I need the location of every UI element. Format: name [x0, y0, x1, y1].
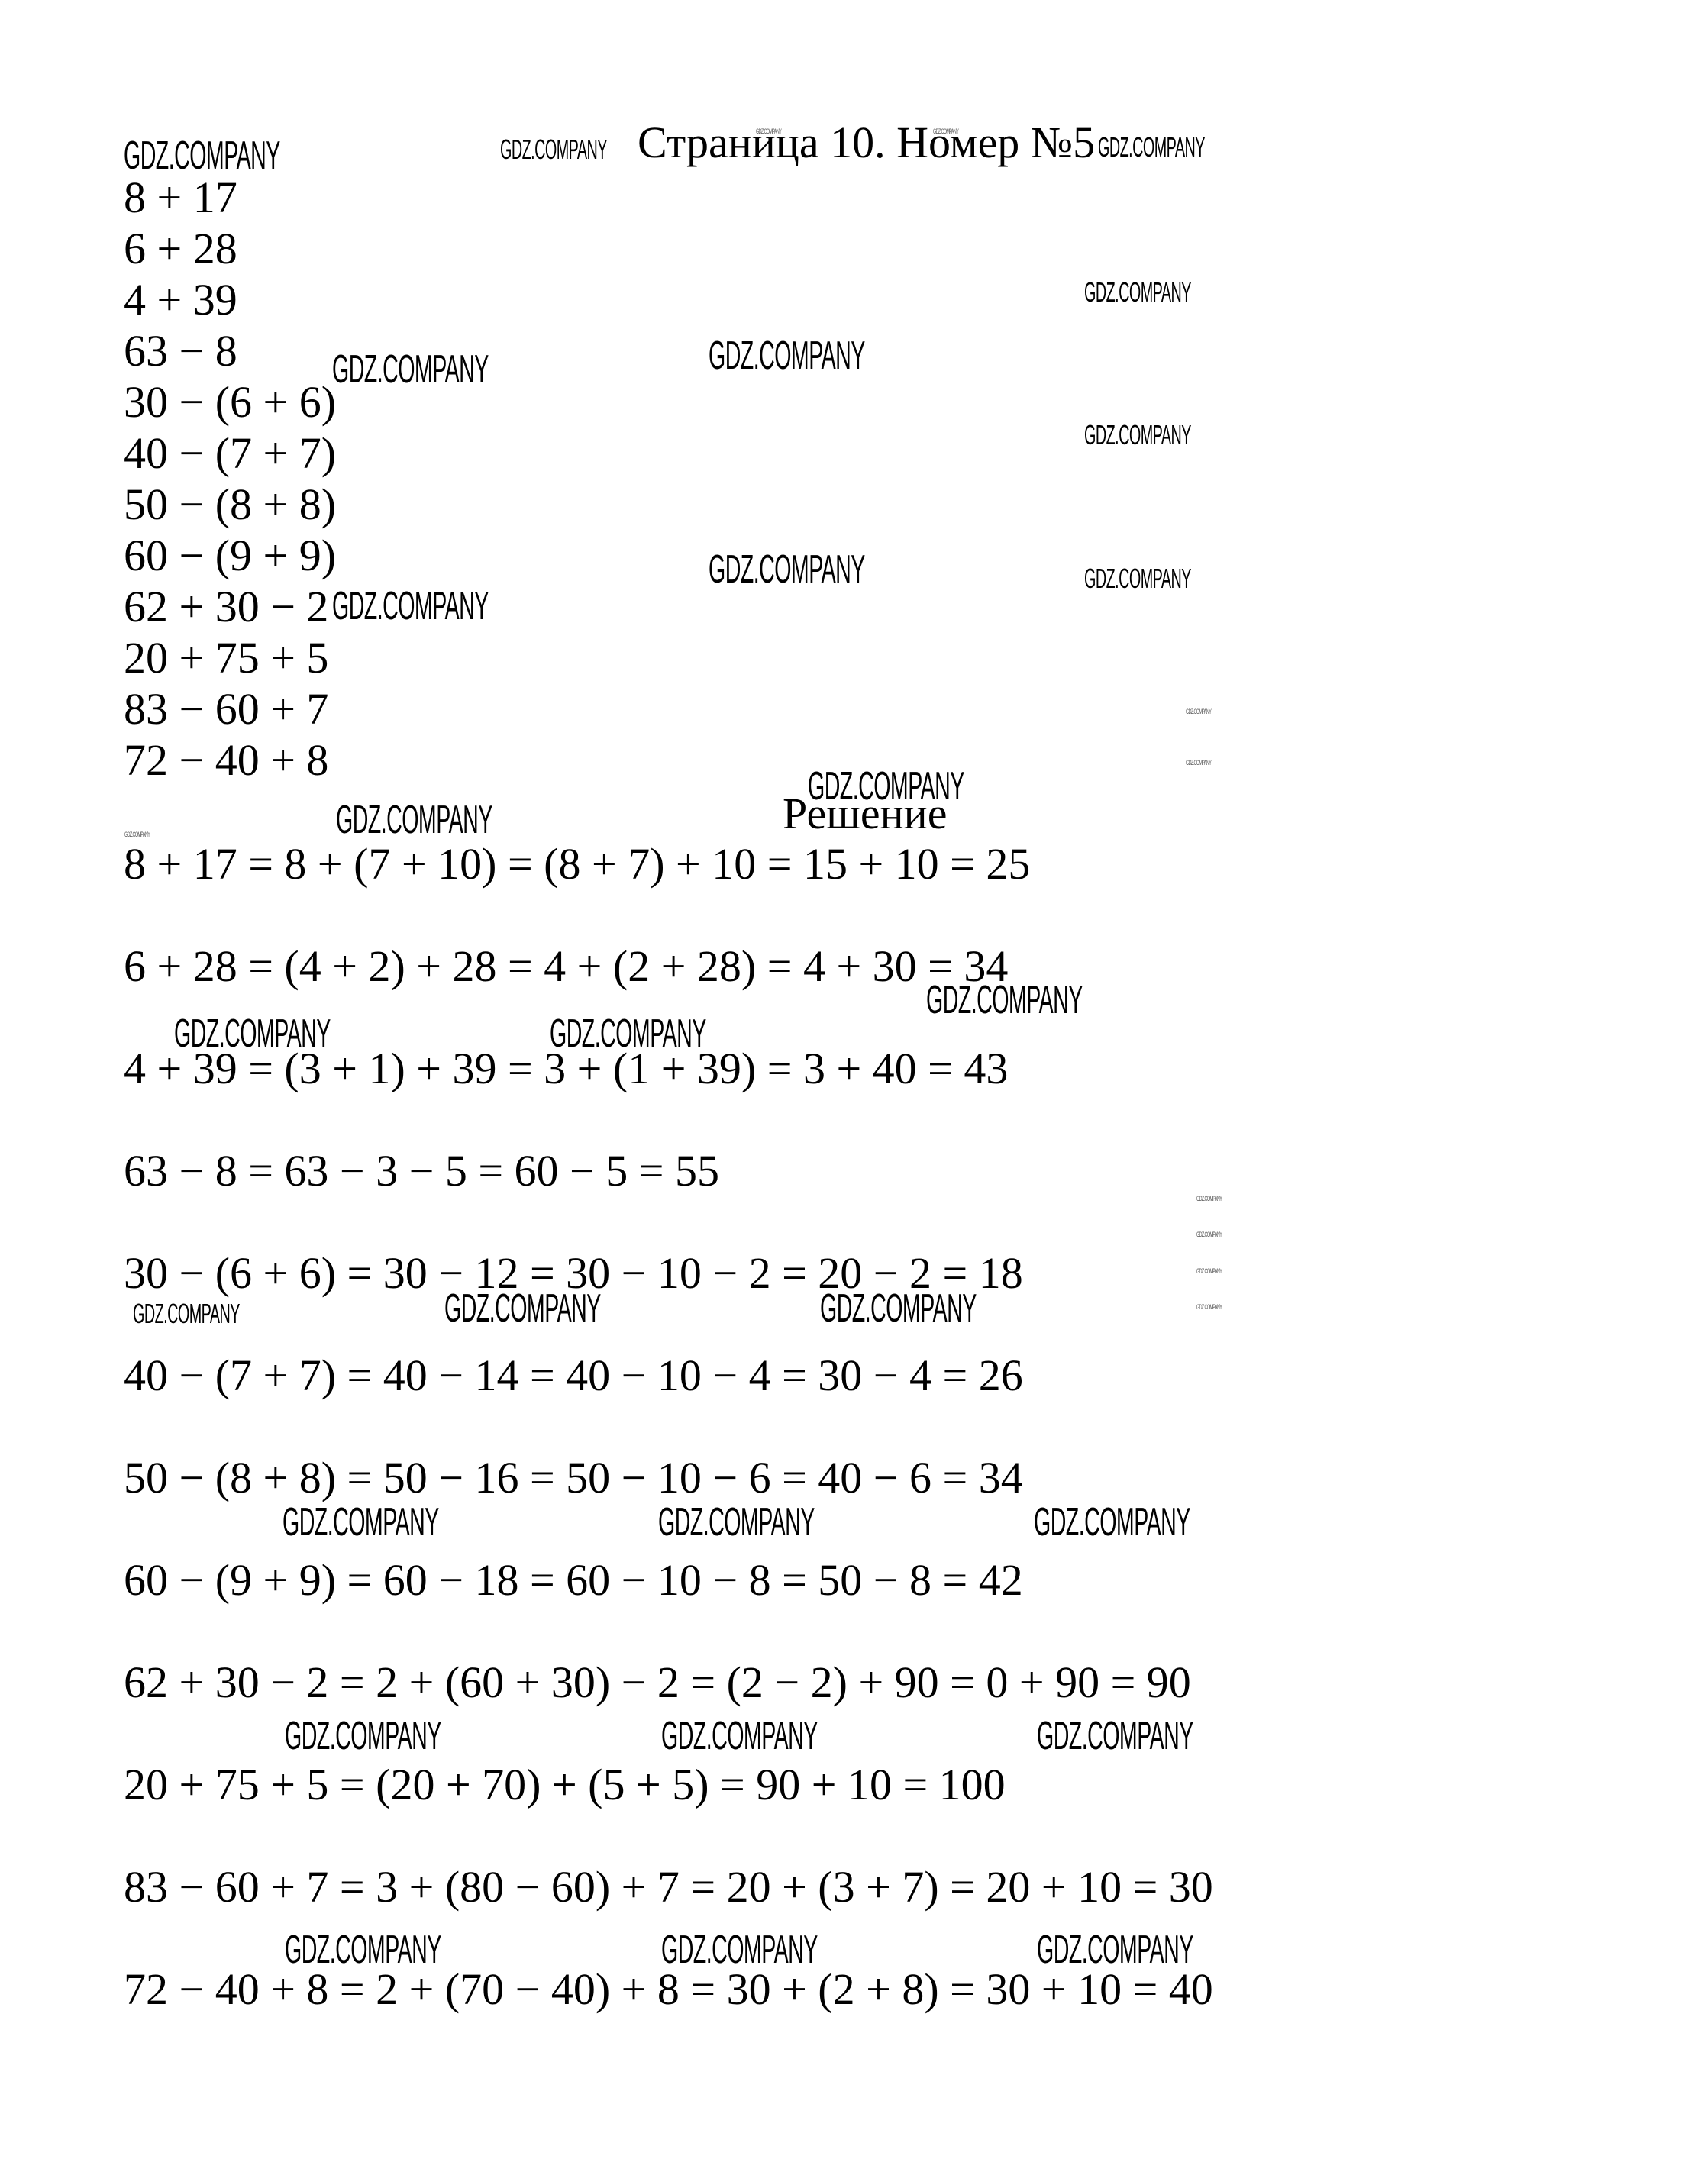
solution-line: 60 − (9 + 9) = 60 − 18 = 60 − 10 − 8 = 5… — [124, 1558, 1023, 1602]
watermark: GDZ.COMPANY — [658, 1502, 815, 1542]
solution-line: 83 − 60 + 7 = 3 + (80 − 60) + 7 = 20 + (… — [124, 1865, 1213, 1909]
solution-line: 62 + 30 − 2 = 2 + (60 + 30) − 2 = (2 − 2… — [124, 1660, 1191, 1705]
solution-line: 50 − (8 + 8) = 50 − 16 = 50 − 10 − 6 = 4… — [124, 1456, 1023, 1500]
watermark: GDZ.COMPANY — [500, 136, 607, 163]
task-item: 60 − (9 + 9) — [124, 534, 336, 578]
task-item: 6 + 28 — [124, 227, 237, 271]
watermark: GDZ.COMPANY — [1037, 1930, 1193, 1970]
task-item: 50 − (8 + 8) — [124, 482, 336, 527]
watermark: GDZ.COMPANY — [1084, 279, 1191, 306]
task-item: 4 + 39 — [124, 278, 237, 322]
task-item: 40 − (7 + 7) — [124, 431, 336, 476]
task-item: 83 − 60 + 7 — [124, 687, 328, 731]
solution-line: 6 + 28 = (4 + 2) + 28 = 4 + (2 + 28) = 4… — [124, 944, 1008, 989]
watermark: GDZ.COMPANY — [933, 128, 958, 135]
solution-line: 8 + 17 = 8 + (7 + 10) = (8 + 7) + 10 = 1… — [124, 842, 1030, 886]
watermark: GDZ.COMPANY — [709, 550, 865, 589]
watermark: GDZ.COMPANY — [1098, 134, 1205, 161]
watermark: GDZ.COMPANY — [124, 136, 280, 176]
watermark: GDZ.COMPANY — [336, 800, 492, 840]
task-item: 30 − (6 + 6) — [124, 380, 336, 424]
watermark: GDZ.COMPANY — [285, 1930, 441, 1970]
watermark: GDZ.COMPANY — [1034, 1502, 1190, 1542]
watermark: GDZ.COMPANY — [1196, 1304, 1222, 1311]
watermark: GDZ.COMPANY — [1196, 1268, 1222, 1275]
task-item: 20 + 75 + 5 — [124, 636, 328, 680]
solution-line: 20 + 75 + 5 = (20 + 70) + (5 + 5) = 90 +… — [124, 1763, 1006, 1807]
watermark: GDZ.COMPANY — [1196, 1231, 1222, 1238]
watermark: GDZ.COMPANY — [1037, 1716, 1193, 1756]
watermark: GDZ.COMPANY — [285, 1716, 441, 1756]
watermark: GDZ.COMPANY — [550, 1014, 706, 1054]
task-item: 72 − 40 + 8 — [124, 738, 328, 783]
watermark: GDZ.COMPANY — [661, 1930, 818, 1970]
watermark: GDZ.COMPANY — [709, 336, 865, 376]
watermark: GDZ.COMPANY — [756, 128, 781, 135]
task-item: 63 − 8 — [124, 329, 237, 373]
task-item: 8 + 17 — [124, 176, 237, 220]
watermark: GDZ.COMPANY — [174, 1014, 331, 1054]
watermark: GDZ.COMPANY — [1196, 1196, 1222, 1202]
watermark: GDZ.COMPANY — [1084, 421, 1191, 449]
watermark: GDZ.COMPANY — [1186, 760, 1211, 766]
watermark: GDZ.COMPANY — [820, 1289, 977, 1328]
task-item: 62 + 30 − 2 — [124, 585, 328, 629]
watermark: GDZ.COMPANY — [332, 586, 489, 626]
watermark: GDZ.COMPANY — [661, 1716, 818, 1756]
watermark: GDZ.COMPANY — [133, 1300, 240, 1328]
watermark: GDZ.COMPANY — [808, 766, 964, 806]
watermark: GDZ.COMPANY — [444, 1289, 601, 1328]
solution-line: 72 − 40 + 8 = 2 + (70 − 40) + 8 = 30 + (… — [124, 1967, 1213, 2012]
watermark: GDZ.COMPANY — [1186, 708, 1211, 715]
watermark: GDZ.COMPANY — [283, 1502, 439, 1542]
watermark: GDZ.COMPANY — [124, 831, 150, 838]
solution-line: 63 − 8 = 63 − 3 − 5 = 60 − 5 = 55 — [124, 1149, 719, 1193]
watermark: GDZ.COMPANY — [926, 980, 1083, 1020]
watermark: GDZ.COMPANY — [332, 350, 489, 389]
solution-line: 40 − (7 + 7) = 40 − 14 = 40 − 10 − 4 = 3… — [124, 1354, 1023, 1398]
watermark: GDZ.COMPANY — [1084, 565, 1191, 592]
page-title: Страница 10. Номер №5 — [638, 121, 1095, 165]
